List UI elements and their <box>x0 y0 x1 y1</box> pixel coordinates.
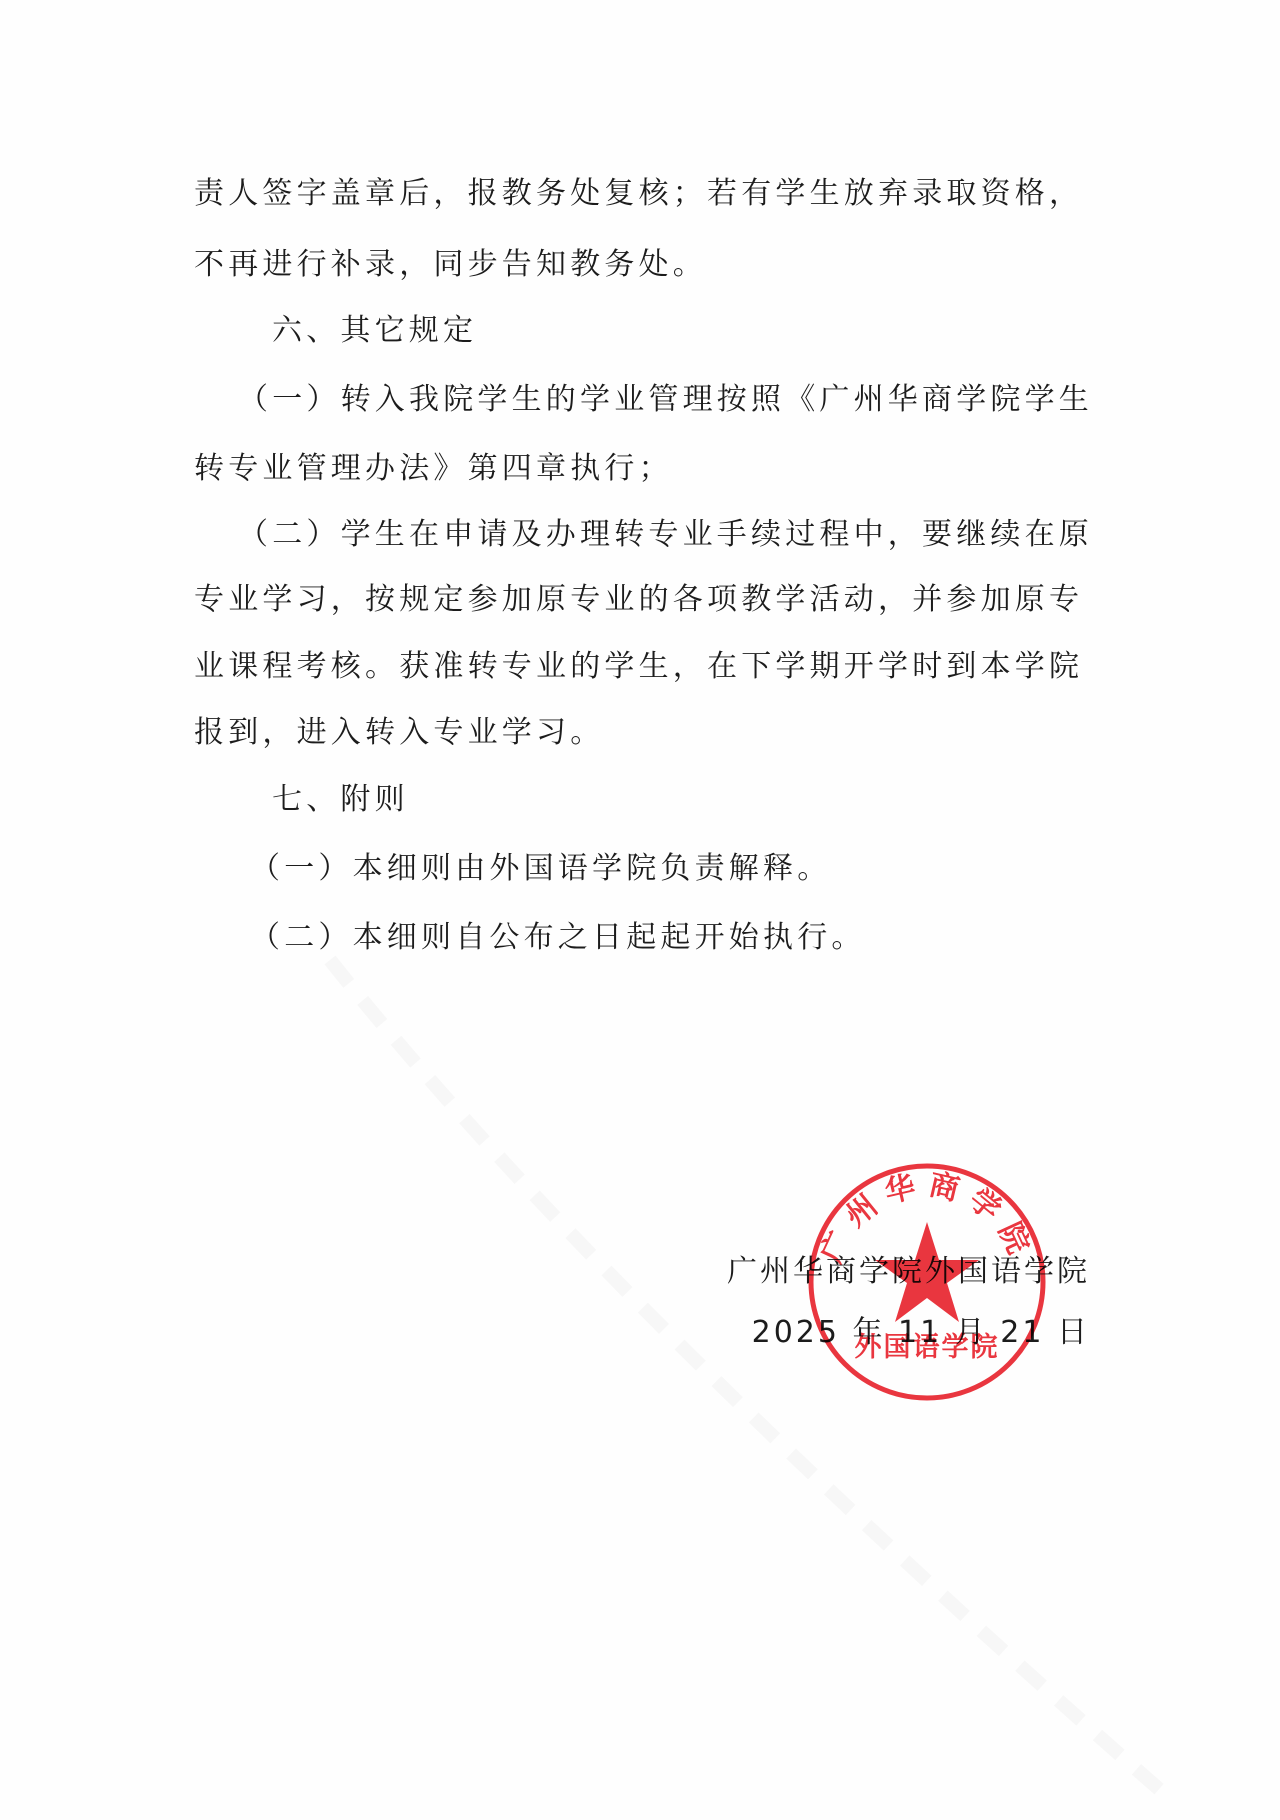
document-page: 责人签字盖章后，报教务处复核；若有学生放弃录取资格， 不再进行补录，同步告知教务… <box>0 0 1280 1820</box>
paragraph-line: 专业学习，按规定参加原专业的各项教学活动，并参加原专 <box>194 580 1083 620</box>
clause-item: （一）本细则由外国语学院负责解释。 <box>250 849 831 889</box>
seal-bottom-text: 外国语学院 <box>855 1332 1000 1363</box>
clause-item: （二）本细则自公布之日起起开始执行。 <box>250 918 866 958</box>
section-heading-7: 七、附则 <box>272 780 409 820</box>
official-seal-stamp: 广州华商学院 外国语学院 <box>805 1160 1049 1404</box>
paragraph-line: 转专业管理办法》第四章执行； <box>194 449 673 489</box>
star-icon <box>875 1222 979 1322</box>
paragraph-line: 报到，进入转入专业学习。 <box>194 713 604 753</box>
section-heading-6: 六、其它规定 <box>272 311 477 351</box>
clause-item: （二）学生在申请及办理转专业手续过程中，要继续在原 <box>238 515 1093 555</box>
clause-item: （一）转入我院学生的学业管理按照《广州华商学院学生 <box>238 380 1093 420</box>
paragraph-line: 不再进行补录，同步告知教务处。 <box>194 245 707 285</box>
paragraph-line: 业课程考核。获准转专业的学生，在下学期开学时到本学院 <box>194 647 1083 687</box>
paragraph-line: 责人签字盖章后，报教务处复核；若有学生放弃录取资格， <box>194 174 1083 214</box>
